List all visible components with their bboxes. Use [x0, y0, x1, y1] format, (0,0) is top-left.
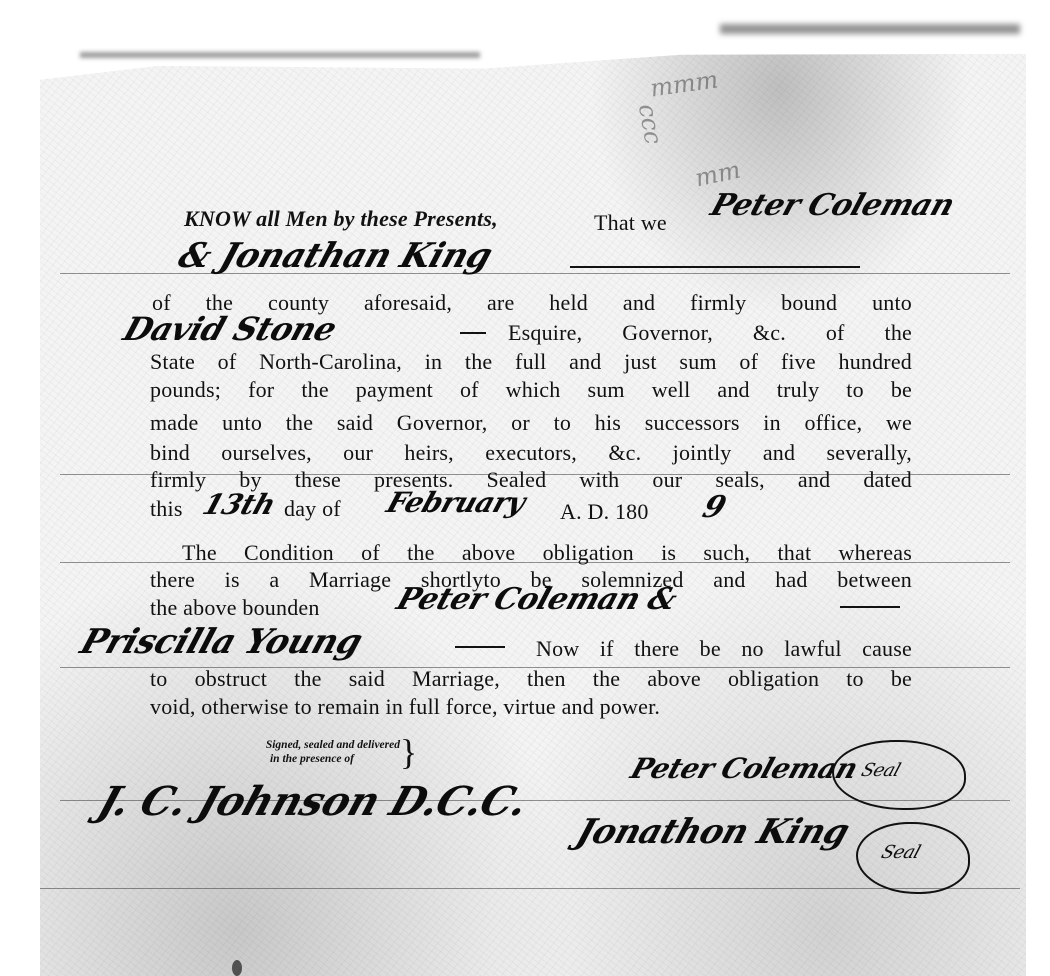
- attestation-brace: }: [400, 734, 417, 770]
- handwritten-day: 13th: [199, 488, 280, 521]
- condition-line-5: to obstruct the said Marriage, then the …: [150, 666, 912, 692]
- handwritten-month: February: [383, 486, 530, 519]
- seal-2-label: Seal: [879, 842, 923, 863]
- body-line-2: Esquire, Governor, &c. of the: [508, 320, 912, 346]
- torn-edge-left: [80, 52, 480, 58]
- date-ad: A. D. 180: [560, 499, 649, 525]
- dash: [840, 606, 900, 608]
- condition-line-1: The Condition of the above obligation is…: [182, 540, 912, 566]
- handwritten-obligor-1: Peter Coleman: [706, 188, 958, 223]
- date-day-of: day of: [284, 496, 341, 522]
- body-line-6: bind ourselves, our heirs, executors, &c…: [150, 440, 912, 466]
- printed-lead: KNOW all Men by these Presents,: [184, 206, 498, 232]
- attestation-line-2: in the presence of: [186, 752, 354, 766]
- condition-line-3: the above bounden: [150, 595, 320, 621]
- signature-1: Peter Coleman: [627, 752, 862, 785]
- body-line-3: State of North-Carolina, in the full and…: [150, 349, 912, 375]
- condition-line-6: void, otherwise to remain in full force,…: [150, 694, 660, 720]
- handwritten-groom: Peter Coleman &: [392, 582, 681, 617]
- signature-underline: [570, 266, 860, 268]
- condition-line-4: Now if there be no lawful cause: [536, 636, 912, 662]
- dash: [455, 646, 505, 648]
- dash: [460, 332, 486, 334]
- scanned-page: mmm ccc mm KNOW all Men by these Present…: [0, 0, 1050, 976]
- body-line-5: made unto the said Governor, or to his s…: [150, 410, 912, 436]
- ink-blot: [232, 960, 242, 976]
- handwritten-governor: David Stone: [119, 310, 341, 348]
- witness-signature: J. C. Johnson D.C.C.: [92, 778, 533, 825]
- printed-that-we: That we: [594, 210, 667, 236]
- date-this: this: [150, 496, 183, 522]
- signature-2: Jonathon King: [572, 812, 855, 852]
- seal-1-label: Seal: [859, 760, 903, 781]
- attestation-line-1: Signed, sealed and delivered: [186, 738, 400, 752]
- body-line-4: pounds; for the payment of which sum wel…: [150, 377, 912, 403]
- handwritten-bride: Priscilla Young: [76, 622, 368, 662]
- handwritten-obligor-2: & Jonathan King: [174, 236, 498, 276]
- ruled-line: [40, 888, 1020, 889]
- torn-edge-right: [720, 24, 1020, 34]
